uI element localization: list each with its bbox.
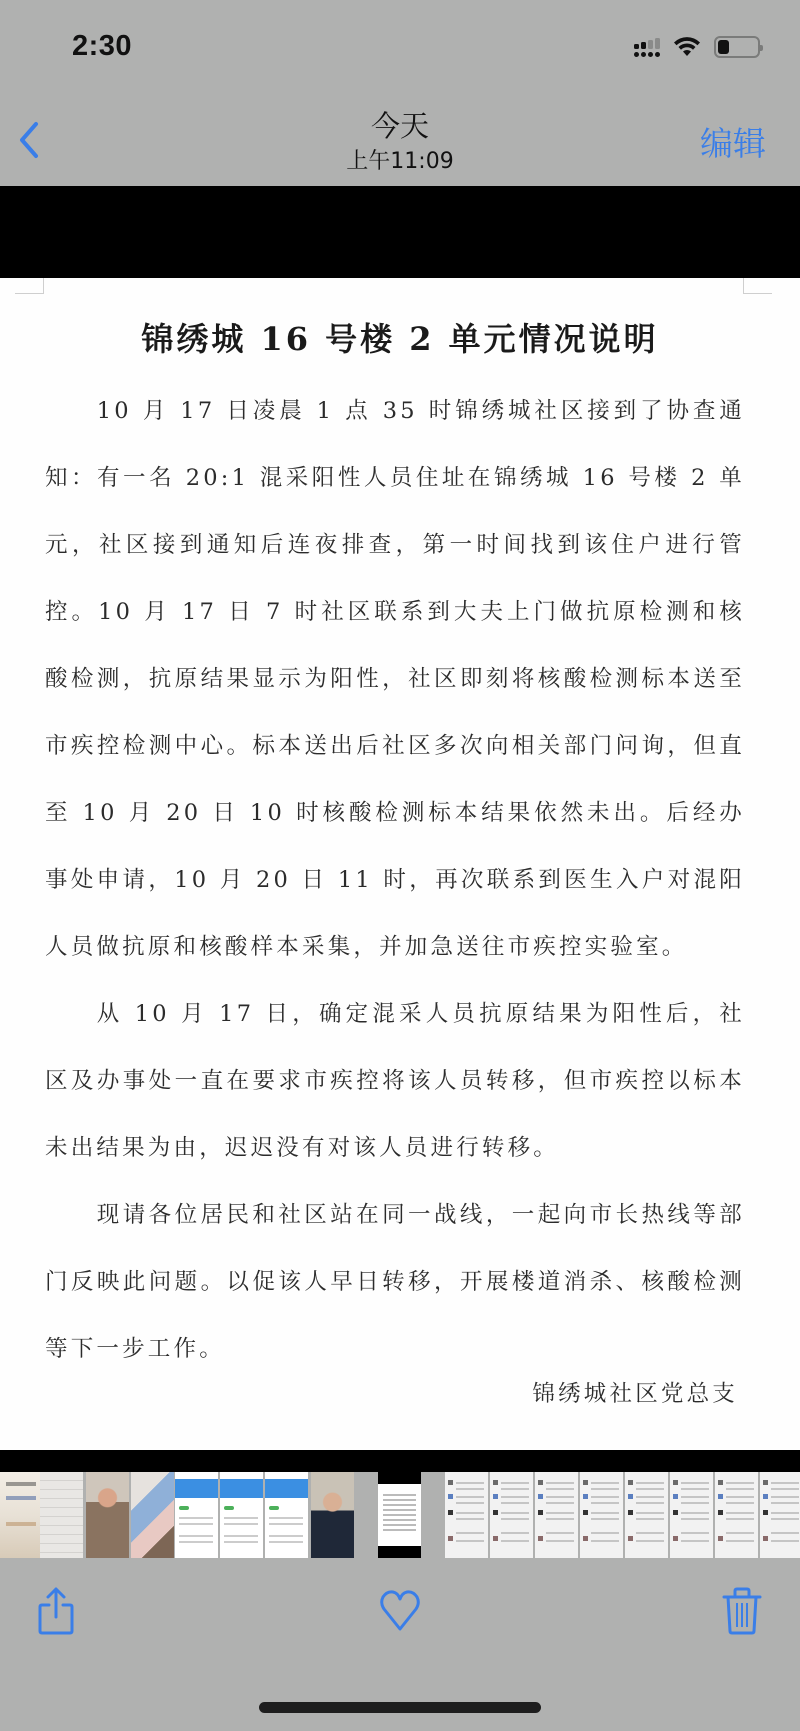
share-icon <box>36 1585 76 1637</box>
battery-icon <box>714 36 760 58</box>
thumbnail[interactable] <box>580 1472 623 1558</box>
thumbnail[interactable] <box>760 1472 800 1558</box>
thumbnail[interactable] <box>0 1472 43 1558</box>
crop-mark-left <box>15 278 44 294</box>
cellular-signal-icon <box>634 38 660 57</box>
favorite-button[interactable] <box>378 1583 422 1639</box>
thumbnail[interactable] <box>86 1472 129 1558</box>
thumbnail[interactable] <box>220 1472 263 1558</box>
delete-button[interactable] <box>720 1583 764 1639</box>
thumbnail[interactable] <box>131 1472 174 1558</box>
status-bar: 2:30 <box>0 0 800 90</box>
nav-bar: 今天 上午11:09 编辑 <box>0 90 800 186</box>
thumbnail[interactable] <box>175 1472 218 1558</box>
thumbnail[interactable] <box>670 1472 713 1558</box>
home-indicator[interactable] <box>259 1702 541 1713</box>
thumbnail[interactable] <box>311 1472 354 1558</box>
document-photo: 锦绣城 16 号楼 2 单元情况说明 10 月 17 日凌晨 1 点 35 时锦… <box>0 278 800 1450</box>
thumbnail[interactable] <box>535 1472 578 1558</box>
document-paragraph: 现请各位居民和社区站在同一战线，一起向市长热线等部门反映此问题。以促该人早日转移… <box>45 1182 745 1383</box>
photo-viewer[interactable]: 锦绣城 16 号楼 2 单元情况说明 10 月 17 日凌晨 1 点 35 时锦… <box>0 186 800 1472</box>
thumbnail-strip[interactable] <box>0 1472 800 1558</box>
thumbnail[interactable] <box>265 1472 308 1558</box>
thumbnail[interactable] <box>445 1472 488 1558</box>
wifi-icon <box>672 36 702 58</box>
bottom-toolbar <box>0 1558 800 1731</box>
thumbnail[interactable] <box>490 1472 533 1558</box>
share-button[interactable] <box>34 1583 78 1639</box>
document-paragraph: 从 10 月 17 日，确定混采人员抗原结果为阳性后，社区及办事处一直在要求市疾… <box>45 981 745 1182</box>
thumbnail[interactable] <box>40 1472 83 1558</box>
battery-level <box>718 40 729 54</box>
thumbnail[interactable] <box>625 1472 668 1558</box>
crop-mark-right <box>743 278 772 294</box>
status-icons <box>634 36 760 58</box>
document-signature: 锦绣城社区党总支 <box>532 1376 738 1408</box>
document-body: 10 月 17 日凌晨 1 点 35 时锦绣城社区接到了协查通知：有一名 20:… <box>45 378 745 1383</box>
trash-icon <box>722 1585 762 1637</box>
nav-subtitle-time: 上午11:09 <box>0 144 800 175</box>
thumbnail[interactable] <box>715 1472 758 1558</box>
status-time: 2:30 <box>72 30 132 63</box>
edit-button[interactable]: 编辑 <box>700 118 766 165</box>
document-paragraph: 10 月 17 日凌晨 1 点 35 时锦绣城社区接到了协查通知：有一名 20:… <box>45 378 745 981</box>
heart-icon <box>378 1589 422 1633</box>
nav-title: 今天 <box>0 104 800 145</box>
document-title: 锦绣城 16 号楼 2 单元情况说明 <box>0 314 800 360</box>
thumbnail-selected[interactable] <box>378 1472 421 1558</box>
